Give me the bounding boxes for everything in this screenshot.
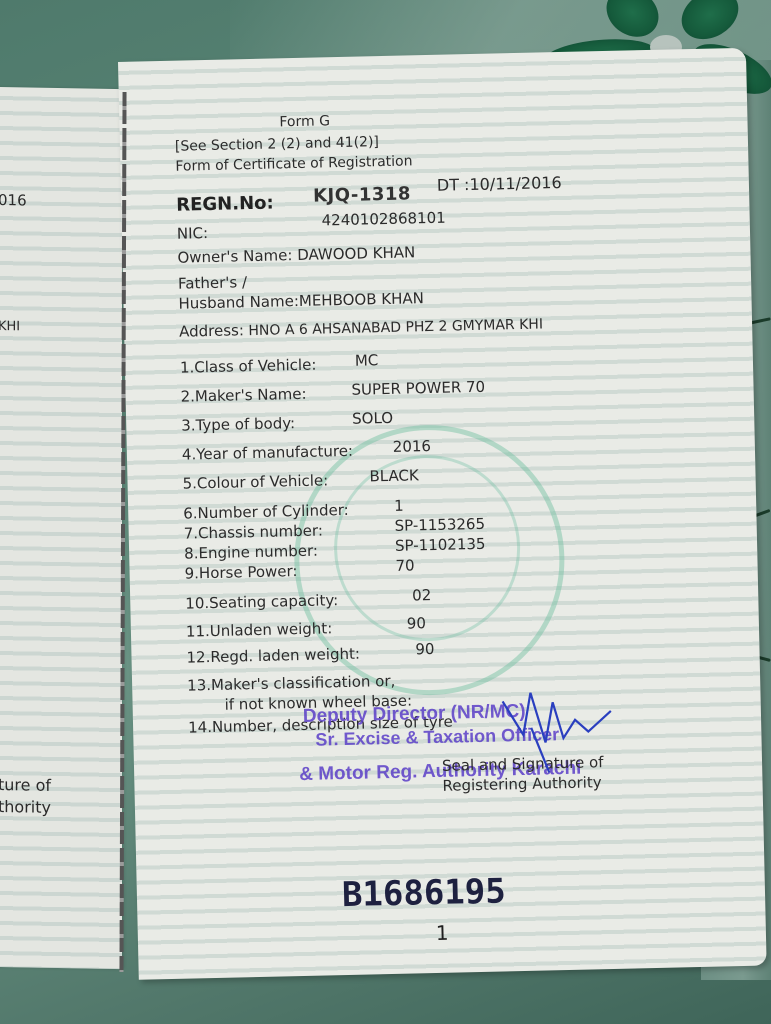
field-label: 3.Type of body: xyxy=(181,414,295,435)
field-label: 12.Regd. laden weight: xyxy=(186,645,360,667)
field-value: 2016 xyxy=(393,437,432,456)
field-value: SUPER POWER 70 xyxy=(351,378,485,399)
field-label: 6.Number of Cylinder: xyxy=(183,501,349,523)
field-value: 90 xyxy=(415,640,434,658)
regn-label: REGN.No: xyxy=(176,193,274,216)
field-value: 1 xyxy=(394,497,404,515)
regn-number: KJQ-1318 xyxy=(313,183,411,206)
signature xyxy=(492,671,624,784)
left-page-fragment: thority xyxy=(0,797,51,817)
father-label: Father's / xyxy=(178,273,247,293)
form-subtitle: Form of Certificate of Registration xyxy=(175,153,413,174)
field-label: 5.Colour of Vehicle: xyxy=(182,471,328,492)
field-label: 4.Year of manufacture: xyxy=(182,442,353,464)
left-page-fragment: 016 xyxy=(0,191,27,209)
serial-number: B1686195 xyxy=(342,871,507,915)
section-reference: [See Section 2 (2) and 41(2)] xyxy=(175,134,379,155)
left-page-fragment: ture of xyxy=(0,775,51,795)
field-value: 02 xyxy=(412,586,431,604)
registration-certificate-page: Form G [See Section 2 (2) and 41(2)] For… xyxy=(118,48,767,980)
field-value: SOLO xyxy=(352,409,393,428)
left-page-fragment: KHI xyxy=(0,319,20,334)
field-label: 8.Engine number: xyxy=(184,542,318,563)
father-name: Husband Name:MEHBOOB KHAN xyxy=(178,289,424,313)
field-label: 1.Class of Vehicle: xyxy=(180,356,317,377)
field-label: 11.Unladen weight: xyxy=(186,619,333,640)
field-value: 90 xyxy=(407,614,426,632)
page-number: 1 xyxy=(436,921,449,945)
field-label: 7.Chassis number: xyxy=(184,521,324,542)
field-value: SP-1102135 xyxy=(395,535,486,555)
nic-label: NIC: xyxy=(177,224,209,243)
nic-number: 4240102868101 xyxy=(321,209,445,230)
form-title: Form G xyxy=(279,113,330,130)
field-label: 2.Maker's Name: xyxy=(180,385,306,406)
registration-date: DT :10/11/2016 xyxy=(437,173,562,195)
field-label: 10.Seating capacity: xyxy=(185,591,338,612)
field-value: SP-1153265 xyxy=(394,515,485,535)
left-page: 016 KHI ture of thority xyxy=(0,87,122,969)
field-value: BLACK xyxy=(369,466,419,485)
address: Address: HNO A 6 AHSANABAD PHZ 2 GMYMAR … xyxy=(179,314,543,340)
field-label: 9.Horse Power: xyxy=(184,562,297,583)
field-label: 13.Maker's classification or, xyxy=(187,672,396,695)
field-value: MC xyxy=(355,351,379,370)
owner-name: Owner's Name: DAWOOD KHAN xyxy=(177,243,415,266)
field-value: 70 xyxy=(395,556,414,574)
